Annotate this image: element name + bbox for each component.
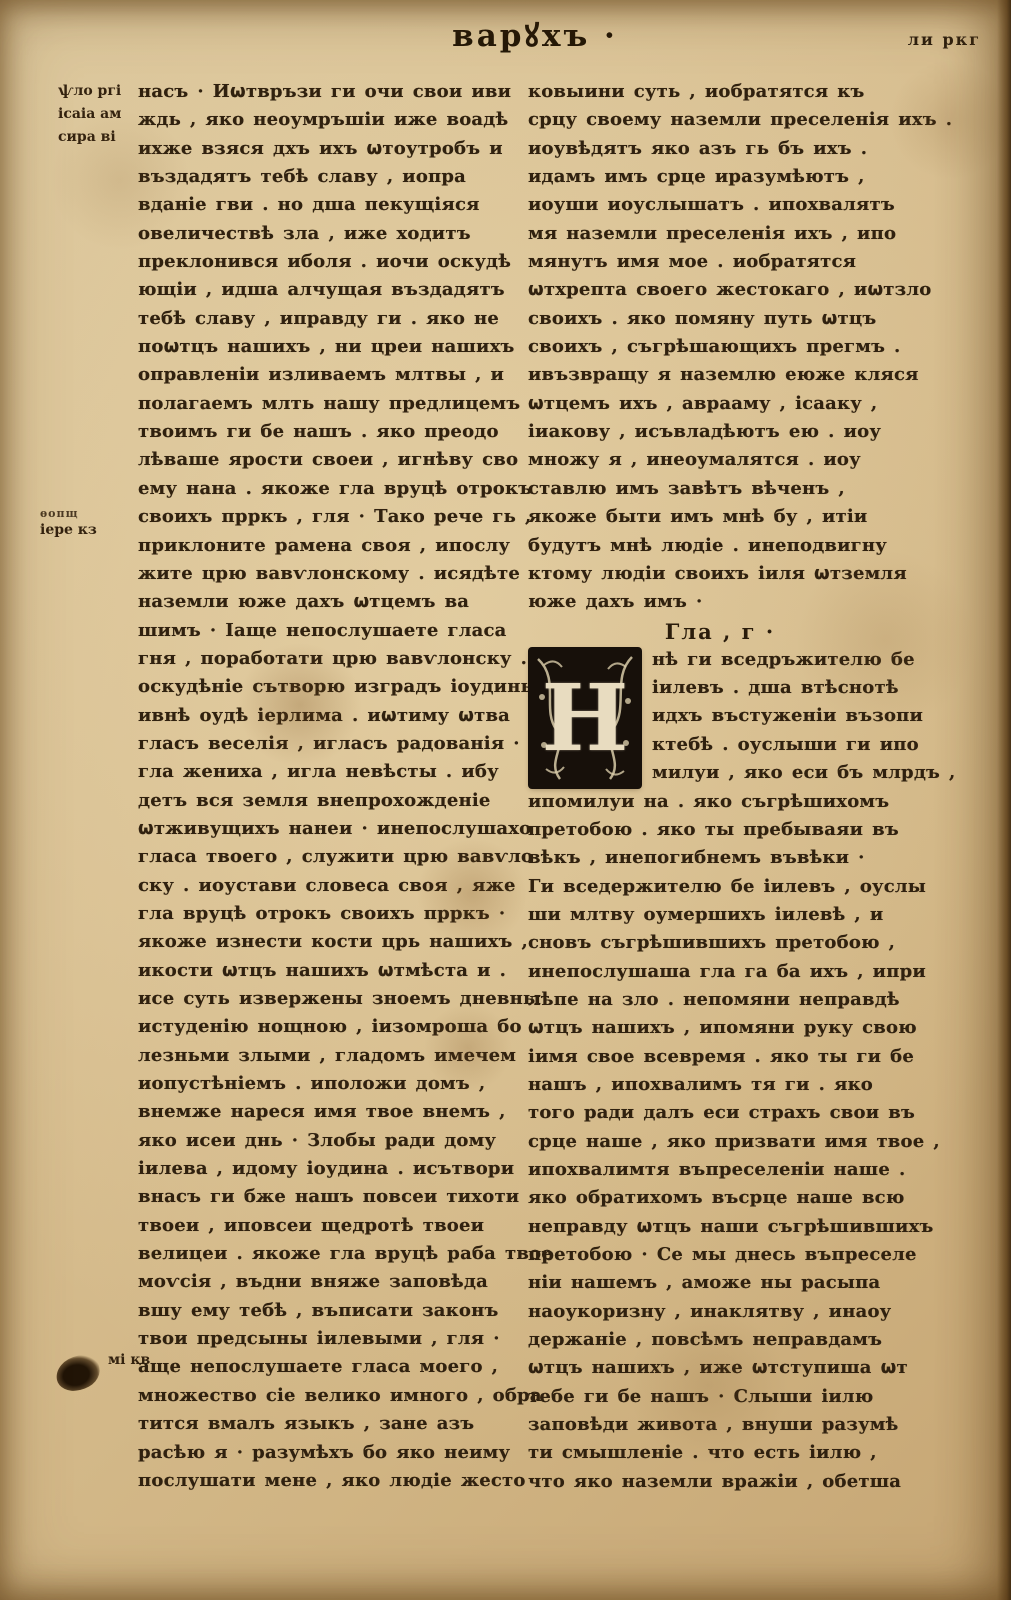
margin-reference: іере кз <box>40 522 97 538</box>
text-line: держаніе , повсѣмъ неправдамъ <box>528 1326 912 1354</box>
text-line: ивъзвращу я наземлю еюже кляся <box>528 361 912 389</box>
text-line: своихъ , съгрѣшающихъ прегмъ . <box>528 333 912 361</box>
text-line: множу я , инеоумалятся . иоу <box>528 446 912 474</box>
text-line: срцу своему наземли преселенія ихъ . <box>528 106 912 134</box>
text-line: овеличествѣ зла , иже ходитъ <box>138 220 520 248</box>
text-line: ставлю имъ завѣтъ вѣченъ , <box>528 475 912 503</box>
text-line: ктому людіи своихъ іиля ѡтземля <box>528 560 912 588</box>
text-line: заповѣди живота , внуши разумѣ <box>528 1411 912 1439</box>
page-edge-shadow <box>997 0 1011 1600</box>
text-line: иопустѣніемъ . иположи домъ , <box>138 1070 520 1098</box>
text-line: ждь , яко неоумръшіи иже воадѣ <box>138 106 520 134</box>
text-line: ѡтцемъ ихъ , аврааму , ісааку , <box>528 390 912 418</box>
text-line: іилева , идому іоудина . исътвори <box>138 1155 520 1183</box>
text-line: насъ · Иѡтвръзи ги очи свои иви <box>138 78 520 106</box>
text-line: того ради далъ еси страхъ свои въ <box>528 1099 912 1127</box>
text-line: своихъ прркъ , гля · Тако рече гь , <box>138 503 520 531</box>
chapter-heading: Гла , г · <box>528 617 912 646</box>
text-line: твоимъ ги бе нашъ . яко преодо <box>138 418 520 446</box>
text-line: своихъ . яко помяну путь ѡтцъ <box>528 305 912 333</box>
text-line: гня , поработати црю вавѵлонску . <box>138 645 520 673</box>
text-line: аще непослушаете гласа моего , <box>138 1353 520 1381</box>
text-line: Ги вседержителю бе іилевъ , оуслы <box>528 873 912 901</box>
text-line: ющіи , идша алчущая въздадятъ <box>138 276 520 304</box>
text-line: ѡтхрепта своего жестокаго , иѡтзло <box>528 276 912 304</box>
text-line: мя наземли преселенія ихъ , ипо <box>528 220 912 248</box>
text-line: ши млтву оумершихъ іилевѣ , и <box>528 901 912 929</box>
text-line: вшу ему тебѣ , въписати законъ <box>138 1297 520 1325</box>
margin-gloss: ѳопщ <box>40 506 97 522</box>
text-line: ихже взяся дхъ ихъ ѡтоутробъ и <box>138 135 520 163</box>
text-line: моѵсія , въдни вняже заповѣда <box>138 1268 520 1296</box>
initial-letter: Н <box>530 649 640 787</box>
text-line: шимъ · Іаще непослушаете гласа <box>138 617 520 645</box>
text-line: оправленіи изливаемъ млтвы , и <box>138 361 520 389</box>
ornamental-initial: Н <box>530 649 640 787</box>
column-right-top-lines: ковыини суть , иобратятся късрцу своему … <box>528 78 912 617</box>
text-line: ипохвалимтя въпреселеніи наше . <box>528 1156 912 1184</box>
text-line: иоуши иоуслышатъ . ипохвалятъ <box>528 191 912 219</box>
margin-reference: ісаіа ам <box>58 103 148 126</box>
text-line: ивнѣ оудѣ іерлима . иѡтиму ѡтва <box>138 702 520 730</box>
text-line: нашъ , ипохвалимъ тя ги . яко <box>528 1071 912 1099</box>
text-line: оскудѣніе сътворю изградъ іоудины <box>138 673 520 701</box>
text-line: ѡтцъ нашихъ , иже ѡтступиша ѡт <box>528 1354 912 1382</box>
text-line: внасъ ги бже нашъ повсеи тихоти <box>138 1183 520 1211</box>
text-line: ти смышленіе . что есть іилю , <box>528 1439 912 1467</box>
text-line: сновъ съгрѣшившихъ претобою , <box>528 929 912 957</box>
margin-note-references: ѱло ргіісаіа амсира ві <box>58 80 148 149</box>
text-line: ѡтживущихъ нанеи · инепослушахо <box>138 815 520 843</box>
text-column-left: насъ · Иѡтвръзи ги очи свои ивиждь , яко… <box>138 78 520 1495</box>
margin-reference: сира ві <box>58 126 148 149</box>
text-line: иоувѣдятъ яко азъ гь бъ ихъ . <box>528 135 912 163</box>
ink-blot <box>53 1352 103 1394</box>
text-line: яко обратихомъ въсрце наше всю <box>528 1184 912 1212</box>
text-line: мянутъ имя мое . иобратятся <box>528 248 912 276</box>
text-line: лѣпе на зло . непомяни неправдѣ <box>528 986 912 1014</box>
folio-number: ли ркг <box>861 30 981 49</box>
text-line: ску . иоустави словеса своя , яже <box>138 872 520 900</box>
text-line: ковыини суть , иобратятся къ <box>528 78 912 106</box>
book-page-scan: варꙋхъ · ли ркг ѱло ргіісаіа амсира ві ѳ… <box>0 0 1011 1600</box>
text-line: внемже нареся имя твое внемъ , <box>138 1098 520 1126</box>
text-line: въздадятъ тебѣ славу , иопра <box>138 163 520 191</box>
text-line: яко исеи днь · Злобы ради дому <box>138 1127 520 1155</box>
text-line: преклонився иболя . иочи оскудѣ <box>138 248 520 276</box>
text-line: ему нана . якоже гла вруцѣ отрокъ <box>138 475 520 503</box>
text-line: неправду ѡтцъ наши съгрѣшившихъ <box>528 1213 912 1241</box>
text-line: икости ѡтцъ нашихъ ѡтмѣста и . <box>138 957 520 985</box>
text-line: тебѣ славу , иправду ги . яко не <box>138 305 520 333</box>
text-line: твоеи , иповсеи щедротѣ твоеи <box>138 1212 520 1240</box>
text-line: якоже быти имъ мнѣ бу , итіи <box>528 503 912 531</box>
text-line: что яко наземли вражіи , обетша <box>528 1468 912 1496</box>
text-line: истуденію нощною , іизомроша бо <box>138 1013 520 1041</box>
text-line: вѣкъ , инепогибнемъ въвѣки · <box>528 844 912 872</box>
text-line: поѡтцъ нашихъ , ни цреи нашихъ <box>138 333 520 361</box>
text-line: юже дахъ имъ · <box>528 588 912 616</box>
text-line: ніи нашемъ , аможе ны расыпа <box>528 1269 912 1297</box>
text-line: тебе ги бе нашъ · Слыши іилю <box>528 1383 912 1411</box>
text-line: расѣю я · разумѣхъ бо яко неиму <box>138 1439 520 1467</box>
text-line: множество сіе велико имного , обра <box>138 1382 520 1410</box>
column-right-bottom-lines: ипомилуи на . яко съгрѣшихомъпретобою . … <box>528 788 912 1497</box>
text-line: идамъ имъ срце иразумѣютъ , <box>528 163 912 191</box>
margin-reference: ѱло ргі <box>58 80 148 103</box>
text-line: будутъ мнѣ людіе . инеподвигну <box>528 532 912 560</box>
text-line: претобою . яко ты пребываяи въ <box>528 816 912 844</box>
text-line: гла вруцѣ отрокъ своихъ прркъ · <box>138 900 520 928</box>
text-line: якоже изнести кости црь нашихъ , <box>138 928 520 956</box>
text-line: лезньми злыми , гладомъ имечем <box>138 1042 520 1070</box>
text-column-right: ковыини суть , иобратятся късрцу своему … <box>528 78 912 1496</box>
text-line: инепослушаша гла га ба ихъ , ипри <box>528 958 912 986</box>
margin-note-jeremiah: ѳопщ іере кз <box>40 506 97 538</box>
text-line: твои предсыны іилевыми , гля · <box>138 1325 520 1353</box>
text-line: претобою · Се мы днесь въпреселе <box>528 1241 912 1269</box>
text-line: ѡтцъ нашихъ , ипомяни руку свою <box>528 1014 912 1042</box>
text-line: гла жениха , игла невѣсты . ибу <box>138 758 520 786</box>
text-line: вданіе гви . но дша пекущіяся <box>138 191 520 219</box>
chapter-opening: Н нѣ ги вседръжителю беіилевъ . дша втѣс… <box>528 646 912 788</box>
running-title: варꙋхъ · <box>310 14 760 56</box>
text-line: лѣваше ярости своеи , игнѣву сво <box>138 446 520 474</box>
text-line: тится вмалъ языкъ , зане азъ <box>138 1410 520 1438</box>
text-line: срце наше , яко призвати имя твое , <box>528 1128 912 1156</box>
text-line: велицеи . якоже гла вруцѣ раба твое <box>138 1240 520 1268</box>
text-line: ипомилуи на . яко съгрѣшихомъ <box>528 788 912 816</box>
text-line: детъ вся земля внепрохожденіе <box>138 787 520 815</box>
text-line: жите црю вавѵлонскому . исядѣте <box>138 560 520 588</box>
text-line: гласа твоего , служити црю вавѵло <box>138 843 520 871</box>
text-line: гласъ веселія , игласъ радованія · <box>138 730 520 758</box>
text-line: наземли юже дахъ ѡтцемъ ва <box>138 588 520 616</box>
text-line: іимя свое всевремя . яко ты ги бе <box>528 1043 912 1071</box>
text-line: полагаемъ млть нашу предлицемъ <box>138 390 520 418</box>
text-line: исе суть извержены зноемъ дневны <box>138 985 520 1013</box>
text-line: приклоните рамена своя , ипослу <box>138 532 520 560</box>
text-line: іиакову , исъвладѣютъ ею . иоу <box>528 418 912 446</box>
text-line: послушати мене , яко людіе жесто <box>138 1467 520 1495</box>
text-line: наоукоризну , инаклятву , инаоу <box>528 1298 912 1326</box>
